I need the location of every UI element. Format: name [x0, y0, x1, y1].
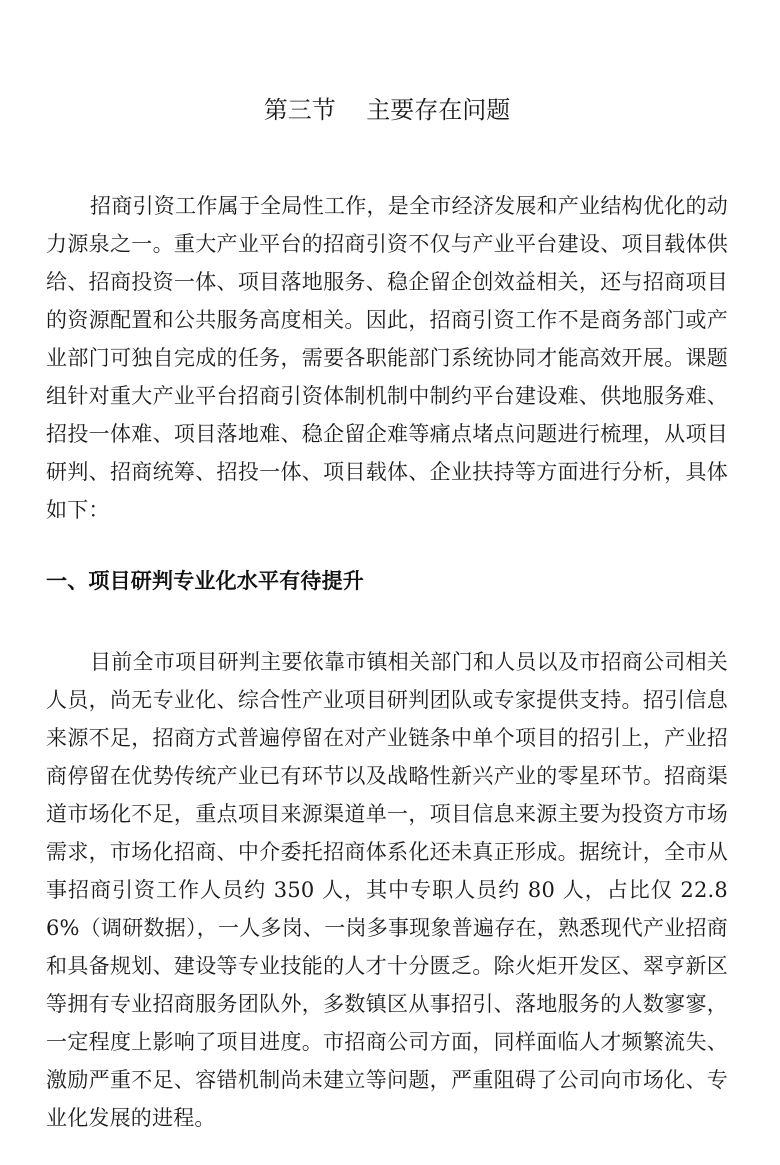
intro-paragraph: 招商引资工作属于全局性工作，是全市经济发展和产业结构优化的动力源泉之一。重大产业…	[46, 187, 728, 529]
subsection-heading: 一、项目研判专业化水平有待提升	[46, 562, 364, 600]
section-title: 第三节 主要存在问题	[46, 90, 728, 125]
subsection-paragraph: 目前全市项目研判主要依靠市镇相关部门和人员以及市招商公司相关人员，尚无专业化、综…	[46, 643, 728, 1137]
